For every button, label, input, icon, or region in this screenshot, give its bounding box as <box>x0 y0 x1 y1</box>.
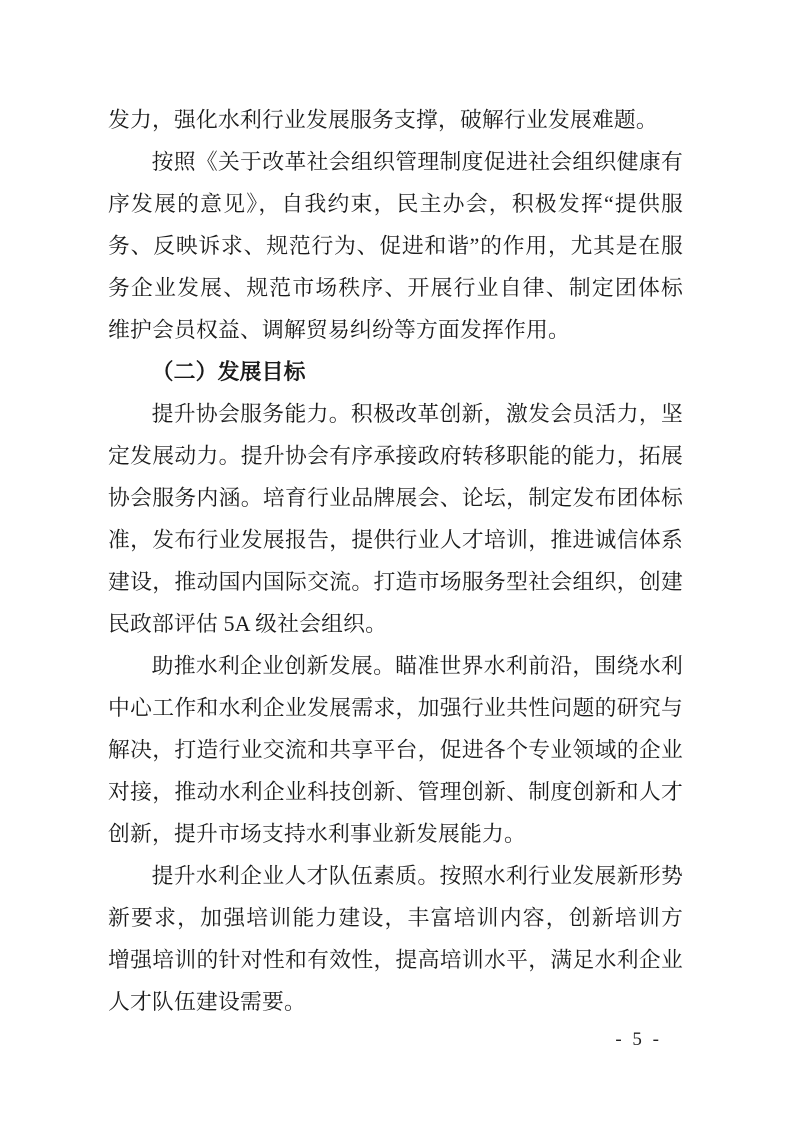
section-heading: （二）发展目标 <box>108 351 683 393</box>
text-line: 发力，强化水利行业发展服务支撑，破解行业发展难题。 <box>108 99 683 141</box>
heading-text-line: （二）发展目标 <box>108 351 683 393</box>
paragraph: 提升协会服务能力。积极改革创新，激发会员活力，坚定发展动力。提升协会有序承接政府… <box>108 393 683 645</box>
text-line: 提升协会服务能力。积极改革创新，激发会员活力，坚 <box>108 393 683 435</box>
text-line: 序发展的意见》，自我约束，民主办会，积极发挥“提供服 <box>108 183 683 225</box>
text-line: 人才队伍建设需要。 <box>108 981 683 1023</box>
text-line: 务、反映诉求、规范行为、促进和谐”的作用，尤其是在服 <box>108 225 683 267</box>
text-line: 按照《关于改革社会组织管理制度促进社会组织健康有 <box>108 141 683 183</box>
text-line: 解决，打造行业交流和共享平台，促进各个专业领域的企业 <box>108 729 683 771</box>
page-number: - 5 - <box>615 1026 662 1054</box>
text-line: 民政部评估 5A 级社会组织。 <box>108 603 683 645</box>
document-page: 发力，强化水利行业发展服务支撑，破解行业发展难题。按照《关于改革社会组织管理制度… <box>0 0 800 1131</box>
text-line: 助推水利企业创新发展。瞄准世界水利前沿，围绕水利 <box>108 645 683 687</box>
text-line: 务企业发展、规范市场秩序、开展行业自律、制定团体标准、 <box>108 267 683 309</box>
paragraph: 提升水利企业人才队伍素质。按照水利行业发展新形势新要求，加强培训能力建设，丰富培… <box>108 855 683 1023</box>
document-body: 发力，强化水利行业发展服务支撑，破解行业发展难题。按照《关于改革社会组织管理制度… <box>108 99 683 1023</box>
text-line: 定发展动力。提升协会有序承接政府转移职能的能力，拓展 <box>108 435 683 477</box>
text-line: 新要求，加强培训能力建设，丰富培训内容，创新培训方式， <box>108 897 683 939</box>
text-line: 维护会员权益、调解贸易纠纷等方面发挥作用。 <box>108 309 683 351</box>
text-line: 建设，推动国内国际交流。打造市场服务型社会组织，创建 <box>108 561 683 603</box>
text-line: 中心工作和水利企业发展需求，加强行业共性问题的研究与 <box>108 687 683 729</box>
paragraph: 按照《关于改革社会组织管理制度促进社会组织健康有序发展的意见》，自我约束，民主办… <box>108 141 683 351</box>
text-line: 准，发布行业发展报告，提供行业人才培训，推进诚信体系 <box>108 519 683 561</box>
text-line: 提升水利企业人才队伍素质。按照水利行业发展新形势 <box>108 855 683 897</box>
text-line: 协会服务内涵。培育行业品牌展会、论坛，制定发布团体标 <box>108 477 683 519</box>
paragraph: 助推水利企业创新发展。瞄准世界水利前沿，围绕水利中心工作和水利企业发展需求，加强… <box>108 645 683 855</box>
text-line: 对接，推动水利企业科技创新、管理创新、制度创新和人才 <box>108 771 683 813</box>
paragraph: 发力，强化水利行业发展服务支撑，破解行业发展难题。 <box>108 99 683 141</box>
text-line: 创新，提升市场支持水利事业新发展能力。 <box>108 813 683 855</box>
text-line: 增强培训的针对性和有效性，提高培训水平，满足水利企业 <box>108 939 683 981</box>
